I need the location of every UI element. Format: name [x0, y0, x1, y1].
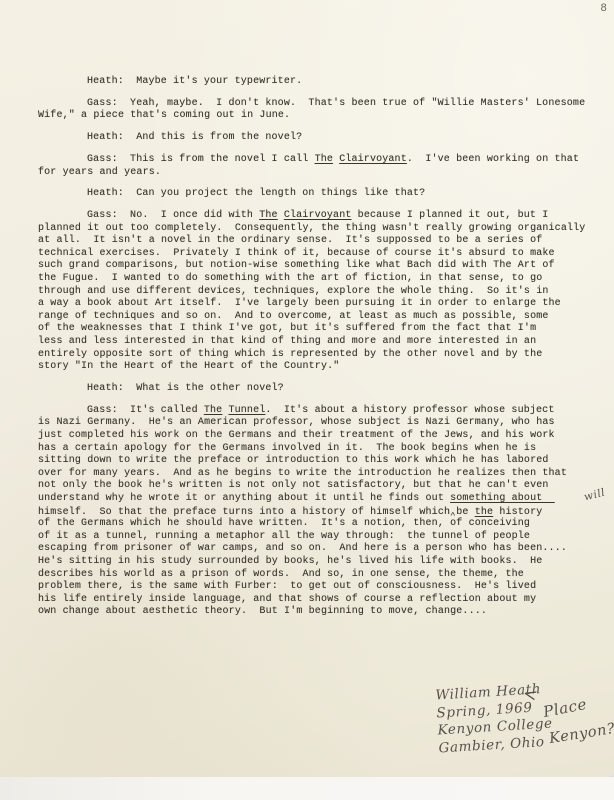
paragraph-4: Gass: This is from the novel I call The …: [38, 154, 598, 179]
text-line: Heath: What is the other novel?: [38, 383, 598, 396]
paragraph-1: Heath: Maybe it's your typewriter.: [38, 76, 598, 89]
text-line: such grand comparisons, but notion-wise …: [38, 260, 598, 273]
paragraph-5: Heath: Can you project the length on thi…: [38, 188, 598, 201]
text-line: He's sitting in his study surrounded by …: [38, 556, 598, 569]
text-line: entirely opposite sort of thing which is…: [38, 349, 598, 362]
text-line: problem there, is the same with Furber: …: [38, 581, 598, 594]
text-line: just completed his work on the Germans a…: [38, 430, 598, 443]
text-line: through and use different devices, techn…: [38, 286, 598, 299]
text-line: planned it out too completely. Consequen…: [38, 223, 598, 236]
page-number: 8: [600, 3, 607, 15]
text-line: story "In the Heart of the Heart of the …: [38, 361, 598, 374]
scanned-page: 8 Heath: Maybe it's your typewriter.Gass…: [0, 0, 614, 777]
text-line: Gass: No. I once did with The Clairvoyan…: [38, 210, 598, 223]
text-line: Gass: It's called The Tunnel. It's about…: [38, 405, 598, 418]
text-line: a way a book about Art itself. I've larg…: [38, 298, 598, 311]
text-line: the Fugue. I wanted to do something with…: [38, 273, 598, 286]
text-line: has a certain apology for the Germans in…: [38, 443, 598, 456]
text-line: Wife," a piece that's coming out in June…: [38, 110, 598, 123]
text-line: for years and years.: [38, 167, 598, 180]
text-line: less and less interested in that kind of…: [38, 336, 598, 349]
caret-insertion-mark: ^: [450, 510, 456, 521]
text-line: Heath: Can you project the length on thi…: [38, 188, 598, 201]
text-line: not only the book he's written is not on…: [38, 480, 598, 493]
text-line: describes his world as a prison of words…: [38, 569, 598, 582]
text-line: sitting down to write the preface or int…: [38, 455, 598, 468]
paragraph-2: Gass: Yeah, maybe. I don't know. That's …: [38, 98, 598, 123]
text-line: over for many years. And as he begins to…: [38, 468, 598, 481]
text-line: himself. So that the preface turns into …: [38, 506, 598, 519]
paragraph-7: Heath: What is the other novel?: [38, 383, 598, 396]
document-body: Heath: Maybe it's your typewriter.Gass: …: [38, 76, 598, 628]
text-line: Heath: Maybe it's your typewriter.: [38, 76, 598, 89]
text-line: of the Germans which he should have writ…: [38, 518, 598, 531]
text-line: understand why he wrote it or anything a…: [38, 493, 598, 506]
text-line: Gass: This is from the novel I call The …: [38, 154, 598, 167]
paragraph-6: Gass: No. I once did with The Clairvoyan…: [38, 210, 598, 374]
paragraph-3: Heath: And this is from the novel?: [38, 132, 598, 145]
attribution-note: William HeathSpring, 1969Kenyon CollegeG…: [435, 681, 554, 758]
text-line: range of techniques and so on. And to ov…: [38, 311, 598, 324]
text-line: at all. It isn't a novel in the ordinary…: [38, 235, 598, 248]
text-line: of it as a tunnel, running a metaphor al…: [38, 531, 598, 544]
paragraph-8: Gass: It's called The Tunnel. It's about…: [38, 405, 598, 619]
text-line: technical exercises. Privately I think o…: [38, 248, 598, 261]
text-line: of the weaknesses that I think I've got,…: [38, 323, 598, 336]
text-line: escaping from prisoner of war camps, and…: [38, 543, 598, 556]
kenyon-note: Kenyon?: [548, 721, 614, 747]
scanner-background: [0, 777, 614, 800]
text-line: is Nazi Germany. He's an American profes…: [38, 417, 598, 430]
text-line: Gass: Yeah, maybe. I don't know. That's …: [38, 98, 598, 111]
text-line: own change about aesthetic theory. But I…: [38, 606, 598, 619]
text-line: Heath: And this is from the novel?: [38, 132, 598, 145]
text-line: his life entirely inside language, and t…: [38, 594, 598, 607]
